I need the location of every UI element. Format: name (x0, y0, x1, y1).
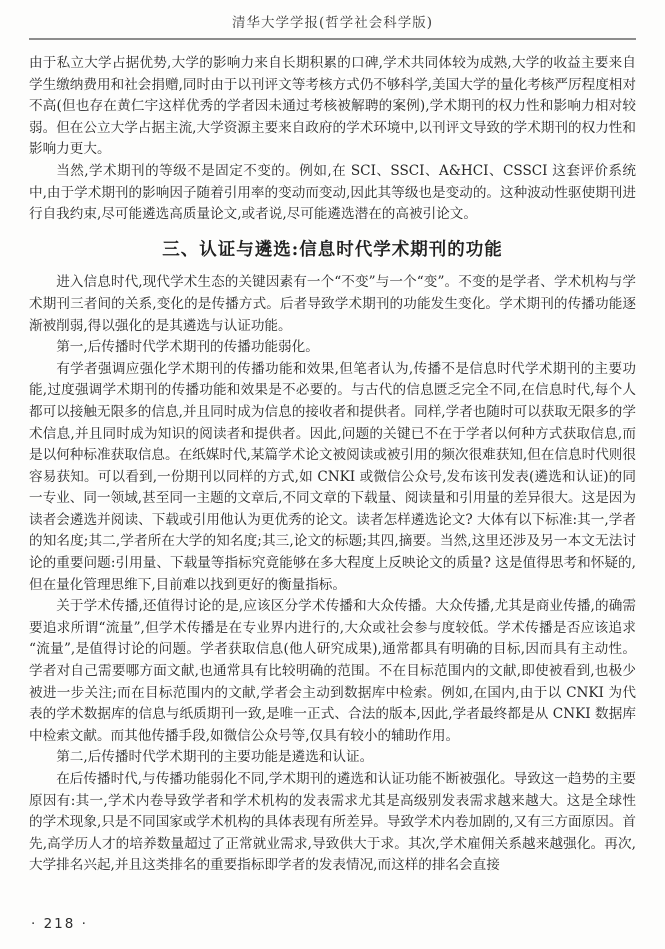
body-paragraph: 进入信息时代,现代学术生态的关键因素有一个“不变”与一个“变”。不变的是学者、学… (29, 272, 636, 337)
page-number: · 218 · (31, 916, 88, 932)
body-paragraph: 第一,后传播时代学术期刊的传播功能弱化。 (29, 337, 636, 359)
body-paragraph: 第二,后传播时代学术期刊的主要功能是遴选和认证。 (29, 747, 636, 769)
header-rule (29, 38, 636, 40)
body-paragraph: 有学者强调应强化学术期刊的传播功能和效果,但笔者认为,传播不是信息时代学术期刊的… (29, 359, 636, 597)
body-paragraph: 当然,学术期刊的等级不是固定不变的。例如,在 SCI、SSCI、A&HCI、CS… (29, 161, 636, 226)
body-paragraph: 在后传播时代,与传播功能弱化不同,学术期刊的遴选和认证功能不断被强化。导致这一趋… (29, 769, 636, 877)
body-paragraph: 由于私立大学占据优势,大学的影响力来自长期积累的口碑,学术共同体较为成熟,大学的… (29, 53, 636, 161)
journal-page: 清华大学学报(哲学社会科学版) 由于私立大学占据优势,大学的影响力来自长期积累的… (0, 0, 665, 949)
page-header: 清华大学学报(哲学社会科学版) (0, 0, 665, 40)
section-heading: 三、认证与遴选:信息时代学术期刊的功能 (29, 240, 636, 262)
article-body: 由于私立大学占据优势,大学的影响力来自长期积累的口碑,学术共同体较为成熟,大学的… (29, 53, 636, 877)
body-paragraph: 关于学术传播,还值得讨论的是,应该区分学术传播和大众传播。大众传播,尤其是商业传… (29, 596, 636, 747)
journal-running-title: 清华大学学报(哲学社会科学版) (0, 0, 665, 31)
